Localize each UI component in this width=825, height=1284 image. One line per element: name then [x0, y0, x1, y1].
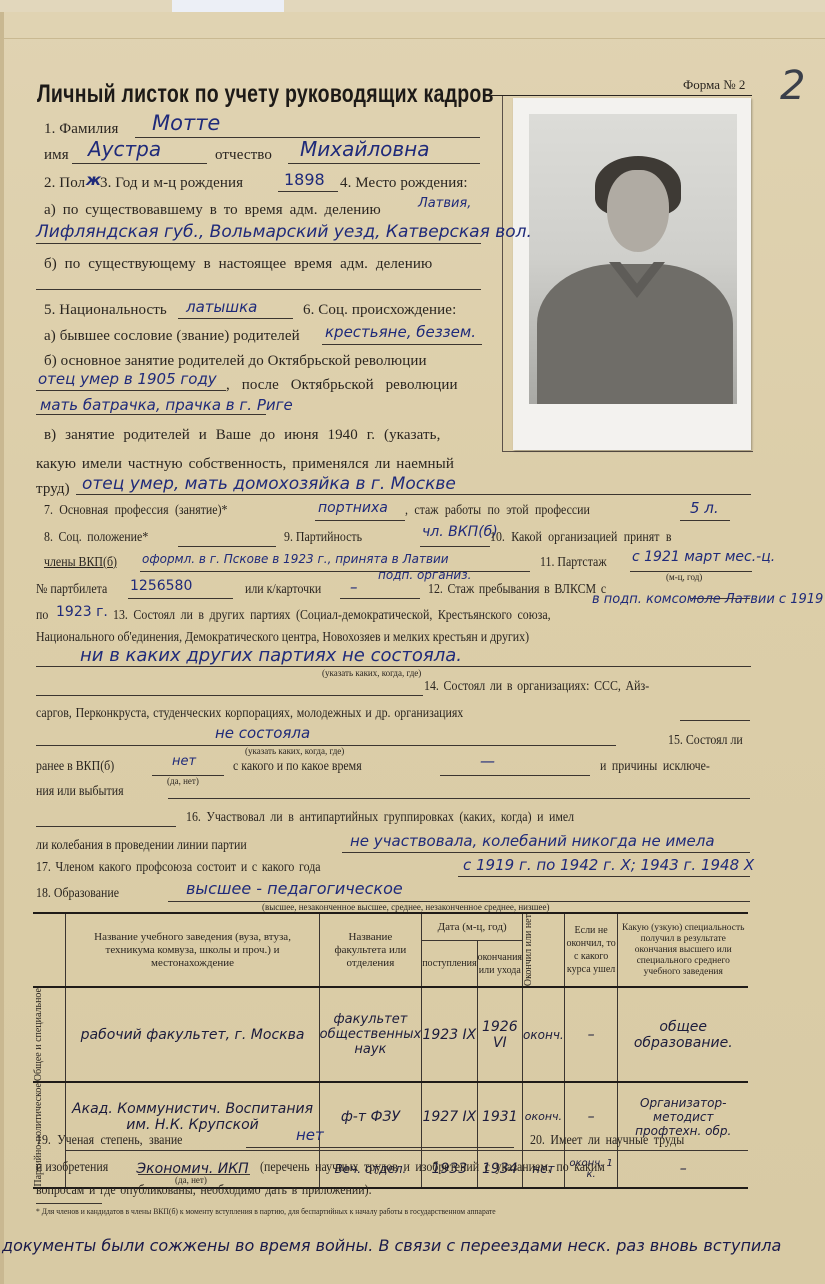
cell-graduation: 1931: [477, 1082, 522, 1150]
organizations-label-2: саргов, Перконкруста, студенческих корпо…: [36, 706, 463, 722]
portrait-photo: [513, 98, 751, 450]
org-value-1: оформл. в г. Пскове в 1923 г., принята в…: [142, 552, 449, 566]
profession-exp-line: [680, 520, 730, 521]
profession-value: портниха: [318, 500, 388, 516]
komsomol-to-value: 1923 г.: [56, 604, 108, 620]
organizations-value: не состояла: [215, 724, 310, 742]
occupation-after-value: мать батрачка, прачка в г. Риге: [40, 396, 293, 414]
organizations-label-1: 14. Состоял ли в организациях: ССС, Айз-: [424, 679, 649, 695]
antiparty-label-2: ли колебания в проведении линии партии: [36, 838, 247, 854]
birthplace-a-line: [36, 243, 481, 244]
occupation-1940-value: отец умер, мать домохозяйка в г. Москве: [82, 474, 456, 494]
surname-value: Мотте: [152, 111, 220, 135]
portrait-face: [607, 170, 669, 252]
exclusion-label-1: и причины исключе-: [600, 759, 710, 775]
patronymic-value: Михайловна: [300, 137, 429, 161]
sheet-left-edge: [0, 12, 4, 1284]
other-parties-line: [36, 666, 751, 667]
table-header-row: Название учебного заведения (вуза, втуза…: [33, 913, 748, 941]
org-label-1: 10. Какой организацией принят в: [490, 530, 671, 546]
occupation-before-label: б) основное занятие родителей до Октябрь…: [44, 353, 427, 370]
portrait-image: [529, 114, 737, 404]
cell-graduation: 1926 VI: [477, 987, 522, 1082]
estate-value: крестьяне, беззем.: [325, 323, 476, 341]
nationality-label: 5. Национальность: [44, 302, 167, 319]
birth-line: [278, 191, 338, 192]
bottom-handwritten-note: документы были сожжены во время войны. В…: [2, 1236, 781, 1255]
occupation-1940-label-1: в) занятие родителей и Ваше до июня 1940…: [44, 427, 440, 444]
sex-label: 2. Пол: [44, 175, 85, 192]
cell-specialty: –: [618, 1150, 748, 1188]
prev-vkp-period-value: —: [480, 752, 495, 770]
header-date-group: Дата (м-ц, год): [422, 913, 523, 941]
degree-value: нет: [296, 1126, 324, 1144]
nationality-line: [178, 318, 293, 319]
header-admission: поступления: [422, 941, 477, 988]
occupation-1940-line: [76, 494, 751, 495]
other-parties-label-2: Национального об'единения, Демократическ…: [36, 630, 529, 646]
name-value: Аустра: [88, 137, 161, 161]
union-label: 17. Членом какого профсоюза состоит и с …: [36, 860, 321, 876]
works-label-2: и изобретения: [36, 1160, 108, 1176]
birthplace-b-label: б) по существующему в настоящее время ад…: [44, 256, 432, 273]
union-value: с 1919 г. по 1942 г. X; 1943 г. 1948 X: [463, 856, 754, 874]
social-status-label: 8. Соц. положение*: [44, 530, 148, 546]
estate-label: а) бывшее сословие (звание) родителей: [44, 328, 300, 345]
birthplace-a-value-1: Латвия,: [418, 196, 471, 211]
sex-value: ж: [86, 171, 101, 189]
party-tenure-value: с 1921 март мес.-ц.: [632, 549, 775, 565]
occupation-1940-label-3: труд): [36, 481, 70, 498]
exclusion-label-2: ния или выбытия: [36, 784, 124, 800]
works-label-1: 20. Имеет ли научные труды: [530, 1133, 684, 1149]
name-label: имя: [44, 147, 69, 164]
cell-admission: 1927 IX: [422, 1082, 477, 1150]
table-row: Общее и специальное рабочий факультет, г…: [33, 987, 748, 1082]
works-label-3: (перечень научных трудов и изобретений с…: [260, 1160, 605, 1176]
group-label-general: Общее и специальное: [33, 987, 66, 1082]
komsomol-note: в подп. комсомоле Латвии с 1919 г.: [592, 592, 825, 607]
party-card-line: [128, 598, 233, 599]
degree-label: 19. Ученая степень, звание: [36, 1133, 182, 1149]
birthplace-a-value-2: Лифляндская губ., Вольмарский уезд, Катв…: [36, 222, 532, 242]
education-value: высшее - педагогическое: [186, 879, 403, 898]
prev-vkp-hint: (да, нет): [167, 776, 199, 786]
footnote: * Для членов и кандидатов в члены ВКП(б)…: [36, 1206, 496, 1216]
profession-line: [315, 520, 405, 521]
other-parties-line-2: [36, 695, 423, 696]
header-graduation: окончания или ухода: [477, 941, 522, 988]
party-card-value: 1256580: [130, 578, 192, 594]
prev-vkp-label-1: 15. Состоял ли: [668, 733, 743, 749]
card-value: –: [350, 578, 358, 596]
social-origin-label: 6. Соц. происхождение:: [303, 302, 456, 319]
birth-label: 3. Год и м-ц рождения: [100, 175, 243, 192]
komsomol-to-label: по: [36, 608, 48, 624]
patronymic-line: [288, 163, 480, 164]
card-line: [340, 598, 420, 599]
header-faculty: Название факультета или отделения: [319, 913, 422, 987]
profession-exp-label: , стаж работы по этой профессии: [405, 503, 590, 519]
degree-line: [246, 1147, 514, 1148]
prev-vkp-period-line: [440, 775, 590, 776]
birth-year-value: 1898: [284, 170, 325, 189]
header-institution: Название учебного заведения (вуза, втуза…: [66, 913, 319, 987]
card-label: или к/карточки: [245, 582, 321, 598]
exclusion-line-2: [36, 826, 176, 827]
after-revolution-label: , после Октябрьской революции: [226, 377, 458, 394]
name-line: [72, 163, 207, 164]
social-status-line: [178, 546, 276, 547]
org-value-2: подп. организ.: [378, 568, 471, 582]
organizations-hint: (указать каких, когда, где): [245, 746, 344, 756]
page-number: 2: [780, 63, 805, 109]
group-header-blank: [33, 913, 66, 987]
estate-line: [322, 344, 482, 345]
exclusion-line: [168, 798, 750, 799]
occupation-before-value: отец умер в 1905 году: [38, 370, 217, 388]
antiparty-value: не участвовала, колебаний никогда не име…: [350, 832, 715, 850]
patronymic-label: отчество: [215, 147, 272, 164]
cell-faculty: ф-т ФЗУ: [319, 1082, 422, 1150]
prev-vkp-value: нет: [172, 754, 196, 769]
form-number: Форма № 2: [683, 77, 745, 93]
profession-label: 7. Основная профессия (занятие)*: [44, 503, 228, 519]
works-label-4: вопросам и где опубликованы, необходимо …: [36, 1183, 372, 1199]
party-label: 9. Партийность: [284, 530, 362, 546]
sheet-edge: [0, 38, 825, 39]
org-line: [140, 571, 530, 572]
other-parties-label-1: 13. Состоял ли в других партиях (Социал-…: [113, 608, 551, 624]
footnote-rule: [36, 1203, 102, 1204]
cell-completed: оконч.: [523, 987, 565, 1082]
education-label: 18. Образование: [36, 886, 119, 902]
education-hint: (высшее, незаконченное высшее, среднее, …: [262, 902, 549, 912]
document-title: Личный листок по учету руководящих кадро…: [37, 80, 494, 109]
birthplace-b-line: [36, 289, 481, 290]
cell-course-left: –: [564, 987, 618, 1082]
occupation-after-line: [36, 414, 266, 415]
birthplace-label: 4. Место рождения:: [340, 175, 468, 192]
header-completed: Окончил или нет: [523, 913, 565, 987]
cell-specialty: общее образование.: [618, 987, 748, 1082]
antiparty-label-1: 16. Участвовал ли в антипартийных группи…: [186, 810, 574, 826]
party-value: чл. ВКП(б): [422, 524, 498, 540]
org-label-2: члены ВКП(б): [44, 555, 117, 571]
profession-exp-value: 5 л.: [690, 499, 719, 517]
komsomol-label: 12. Стаж пребывания в ВЛКСМ с: [428, 582, 606, 598]
party-card-label: № партбилета: [36, 582, 107, 598]
header-specialty: Какую (узкую) специальность получил в ре…: [618, 913, 748, 987]
other-parties-value: ни в каких других партиях не состояла.: [80, 645, 462, 666]
birthplace-a-label: а) по существовавшему в то время адм. де…: [44, 202, 381, 219]
union-line: [458, 876, 750, 877]
surname-label: 1. Фамилия: [44, 121, 118, 138]
nationality-value: латышка: [186, 298, 257, 316]
header-completed-text: Окончил или нет: [523, 914, 534, 986]
background-card: [172, 0, 284, 12]
party-tenure-label: 11. Партстаж: [540, 555, 607, 571]
cell-faculty: факультет общественных наук: [319, 987, 422, 1082]
party-line: [420, 546, 490, 547]
party-tenure-hint: (м-ц, год): [666, 572, 702, 582]
antiparty-line: [342, 852, 750, 853]
occupation-before-line: [36, 390, 226, 391]
occupation-1940-label-2: какую имели частную собственность, приме…: [36, 456, 454, 473]
cell-institution: рабочий факультет, г. Москва: [66, 987, 319, 1082]
organizations-line: [680, 720, 750, 721]
prev-vkp-period-label: с какого и по какое время: [233, 759, 362, 775]
prev-vkp-label-2: ранее в ВКП(б): [36, 759, 114, 775]
header-course-left: Если не окончил, то с какого курса ушел: [564, 913, 618, 987]
other-parties-hint: (указать каких, когда, где): [322, 668, 421, 678]
cell-admission: 1923 IX: [422, 987, 477, 1082]
group-label-text: Общее и специальное: [33, 988, 44, 1081]
